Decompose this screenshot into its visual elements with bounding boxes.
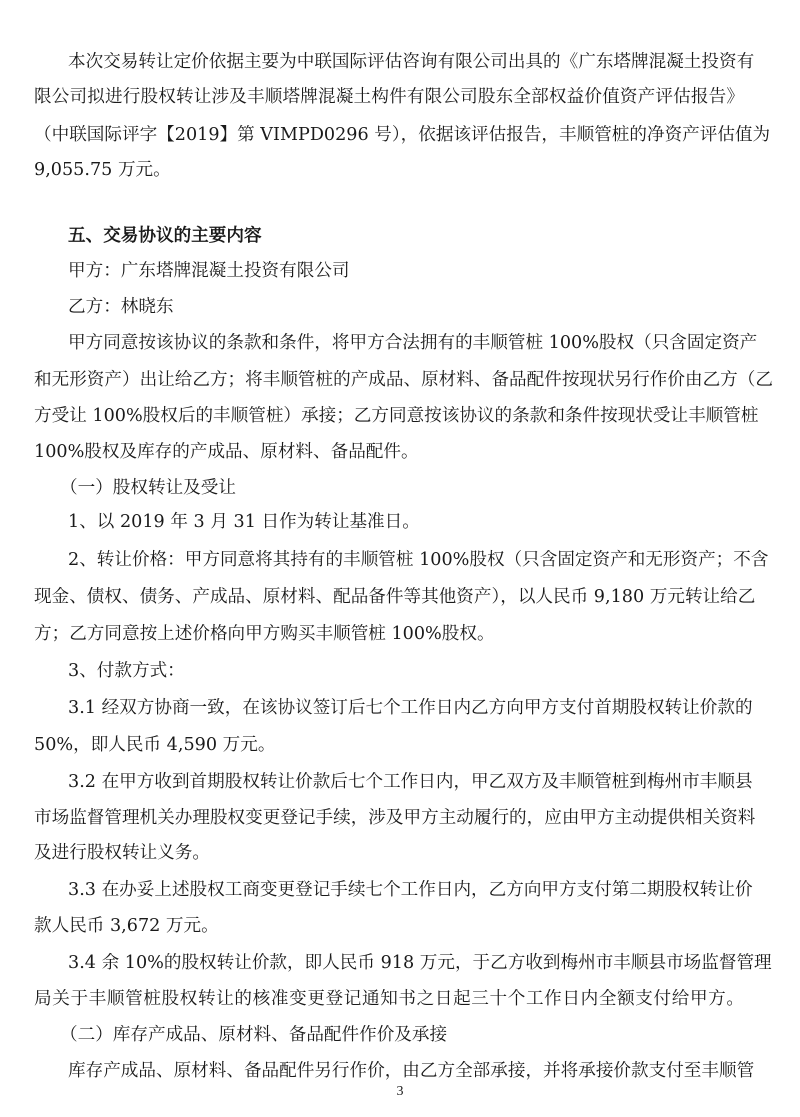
document-page: 本次交易转让定价依据主要为中联国际评估咨询有限公司出具的《广东塔牌混凝土投资有 … xyxy=(0,0,800,1117)
item-3-2-line-2: 市场监督管理机关办理股权变更登记手续，涉及甲方主动履行的，应由甲方主动提供相关资… xyxy=(34,806,744,830)
item-3-2-line-3: 及进行股权转让义务。 xyxy=(34,841,744,865)
agreement-paragraph-line-2: 和无形资产）出让给乙方；将丰顺管桩的产成品、原材料、备品配件按现状另行作价由乙方… xyxy=(34,368,744,392)
subsection-2-line-1: 库存产成品、原材料、备品配件另行作价，由乙方全部承接，并将承接价款支付至丰顺管 xyxy=(68,1059,744,1083)
subsection-1-title: （一）股权转让及受让 xyxy=(60,476,744,500)
item-3-3-line-2: 款人民币 3,672 万元。 xyxy=(34,914,744,938)
valuation-paragraph-line-3: （中联国际评字【2019】第 VIMPD0296 号），依据该评估报告，丰顺管桩… xyxy=(34,123,744,147)
valuation-paragraph-line-2: 限公司拟进行股权转让涉及丰顺塔牌混凝土构件有限公司股东全部权益价值资产评估报告》 xyxy=(34,85,744,109)
agreement-paragraph-line-1: 甲方同意按该协议的条款和条件，将甲方合法拥有的丰顺管桩 100%股权（只含固定资… xyxy=(68,331,744,355)
item-3-4-line-1: 3.4 余 10%的股权转让价款，即人民币 918 万元，于乙方收到梅州市丰顺县… xyxy=(68,951,744,975)
item-2-line-2: 现金、债权、债务、产成品、原材料、配品备件等其他资产），以人民币 9,180 万… xyxy=(34,585,744,609)
valuation-paragraph-line-4: 9,055.75 万元。 xyxy=(34,158,744,182)
item-3-1-line-1: 3.1 经双方协商一致，在该协议签订后七个工作日内乙方向甲方支付首期股权转让价款… xyxy=(68,696,744,720)
item-2-line-1: 2、转让价格：甲方同意将其持有的丰顺管桩 100%股权（只含固定资产和无形资产；… xyxy=(68,548,744,572)
valuation-paragraph-line-1: 本次交易转让定价依据主要为中联国际评估咨询有限公司出具的《广东塔牌混凝土投资有 xyxy=(68,50,744,74)
item-3-2-line-1: 3.2 在甲方收到首期股权转让价款后七个工作日内，甲乙双方及丰顺管桩到梅州市丰顺… xyxy=(68,770,744,794)
item-3-1-line-2: 50%，即人民币 4,590 万元。 xyxy=(34,733,744,757)
subsection-2-title: （二）库存产成品、原材料、备品配件作价及承接 xyxy=(60,1023,744,1047)
agreement-paragraph-line-4: 100%股权及库存的产成品、原材料、备品配件。 xyxy=(34,440,744,464)
item-3-3-line-1: 3.3 在办妥上述股权工商变更登记手续七个工作日内，乙方向甲方支付第二期股权转让… xyxy=(68,878,744,902)
party-a: 甲方：广东塔牌混凝土投资有限公司 xyxy=(68,259,744,283)
page-number: 3 xyxy=(390,1082,410,1102)
party-b: 乙方：林晓东 xyxy=(68,295,744,319)
item-2-line-3: 方；乙方同意按上述价格向甲方购买丰顺管桩 100%股权。 xyxy=(34,622,744,646)
item-3-4-line-2: 局关于丰顺管桩股权转让的核准变更登记通知书之日起三十个工作日内全额支付给甲方。 xyxy=(34,987,744,1011)
section-heading: 五、交易协议的主要内容 xyxy=(68,224,744,248)
item-3: 3、付款方式： xyxy=(68,659,744,683)
item-1: 1、以 2019 年 3 月 31 日作为转让基准日。 xyxy=(68,510,744,534)
agreement-paragraph-line-3: 方受让 100%股权后的丰顺管桩）承接；乙方同意按该协议的条款和条件按现状受让丰… xyxy=(34,404,744,428)
